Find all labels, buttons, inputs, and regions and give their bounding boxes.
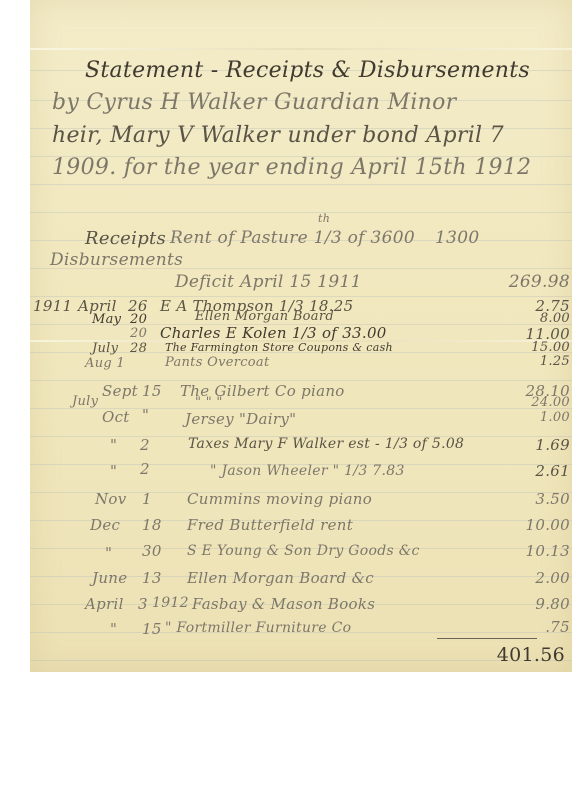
entry-payee: Ellen Morgan Board &c: [187, 569, 374, 587]
entry-year: 1912: [152, 595, 189, 611]
entry-day: 20: [130, 312, 147, 327]
heading-line-4: 1909. for the year ending April 15th 191…: [52, 155, 531, 180]
entry-month: ": [110, 436, 117, 454]
deficit-description: Deficit April 15 1911: [175, 272, 362, 292]
entry-month: ": [110, 462, 117, 480]
entry-month: July: [72, 394, 98, 409]
entry-payee: Fasbay & Mason Books: [192, 595, 375, 613]
entry-day: 13: [142, 569, 162, 587]
entry-amount: 1.25: [490, 354, 570, 369]
entry-amount: 9.80: [490, 595, 570, 613]
entry-amount: 1.69: [490, 436, 570, 454]
entry-amount: 10.00: [490, 516, 570, 534]
ledger-paper: Statement - Receipts & Disbursements by …: [30, 0, 572, 672]
entry-payee: " Fortmiller Furniture Co: [165, 620, 351, 636]
receipts-label: Receipts: [85, 228, 166, 249]
entry-amount: 10.13: [490, 542, 570, 560]
entry-amount: .75: [490, 618, 570, 636]
entry-payee: The Farmington Store Coupons & cash: [165, 341, 393, 354]
entry-day: 28: [130, 341, 147, 356]
entry-payee: " " ": [195, 395, 223, 410]
entry-month: April: [85, 595, 124, 613]
entry-day: 15: [142, 382, 162, 400]
entry-day: 20: [130, 326, 147, 341]
entry-day: 15: [142, 620, 162, 638]
entry-day: 2: [140, 460, 150, 478]
entry-payee: Jersey "Dairy": [185, 410, 296, 428]
entry-month: ": [110, 620, 117, 638]
heading-line-3: heir, Mary V Walker under bond April 7: [52, 123, 504, 148]
total-underline: [437, 638, 537, 639]
entry-day: 30: [142, 542, 162, 560]
entry-month: Nov: [95, 490, 127, 508]
entry-payee: Taxes Mary F Walker est - 1/3 of 5.08: [188, 436, 464, 452]
entry-payee: Ellen Morgan Board: [195, 309, 334, 324]
entry-month: ": [105, 544, 112, 562]
entry-amount: 3.50: [490, 490, 570, 508]
entry-month: Sept: [102, 382, 138, 400]
entry-payee: Fred Butterfield rent: [187, 516, 353, 534]
disbursements-label: Disbursements: [50, 250, 183, 270]
deficit-amount: 269.98: [490, 272, 570, 292]
entry-month: July: [92, 341, 118, 356]
receipts-superscript: th: [318, 212, 330, 225]
entry-amount: 2.00: [490, 569, 570, 587]
entry-amount: 1.00: [490, 410, 570, 425]
entry-month: May: [92, 312, 121, 327]
entry-year: 1911: [33, 297, 72, 315]
entry-payee: Pants Overcoat: [165, 355, 270, 370]
entry-month: Oct: [102, 408, 130, 426]
rule-line: [30, 184, 572, 185]
entry-day: 2: [140, 436, 150, 454]
rule-line: [30, 380, 572, 381]
total-amount: 401.56: [485, 644, 565, 666]
entry-day: 3: [138, 595, 148, 613]
entry-month: June: [92, 569, 127, 587]
entry-month: Dec: [90, 516, 120, 534]
entry-payee: S E Young & Son Dry Goods &c: [187, 543, 420, 559]
paper-fold: [30, 48, 572, 50]
entry-day: 1: [142, 490, 152, 508]
heading-line-2: by Cyrus H Walker Guardian Minor: [52, 90, 457, 115]
heading-line-1: Statement - Receipts & Disbursements: [85, 58, 530, 83]
receipts-description: Rent of Pasture 1/3 of 3600: [170, 228, 415, 248]
entry-month: Aug 1: [85, 356, 125, 371]
rule-line: [30, 212, 572, 213]
entry-payee: Cummins moving piano: [187, 490, 372, 508]
receipts-amount: 1300: [435, 228, 479, 248]
entry-amount: 8.00: [490, 311, 570, 326]
entry-amount: 15.00: [490, 340, 570, 355]
entry-payee: Charles E Kolen 1/3 of 33.00: [160, 324, 387, 342]
entry-amount: 24.00: [490, 395, 570, 410]
entry-day: ": [142, 406, 149, 424]
entry-payee: " Jason Wheeler " 1/3 7.83: [210, 463, 405, 479]
entry-amount: 2.61: [490, 462, 570, 480]
entry-day: 18: [142, 516, 162, 534]
